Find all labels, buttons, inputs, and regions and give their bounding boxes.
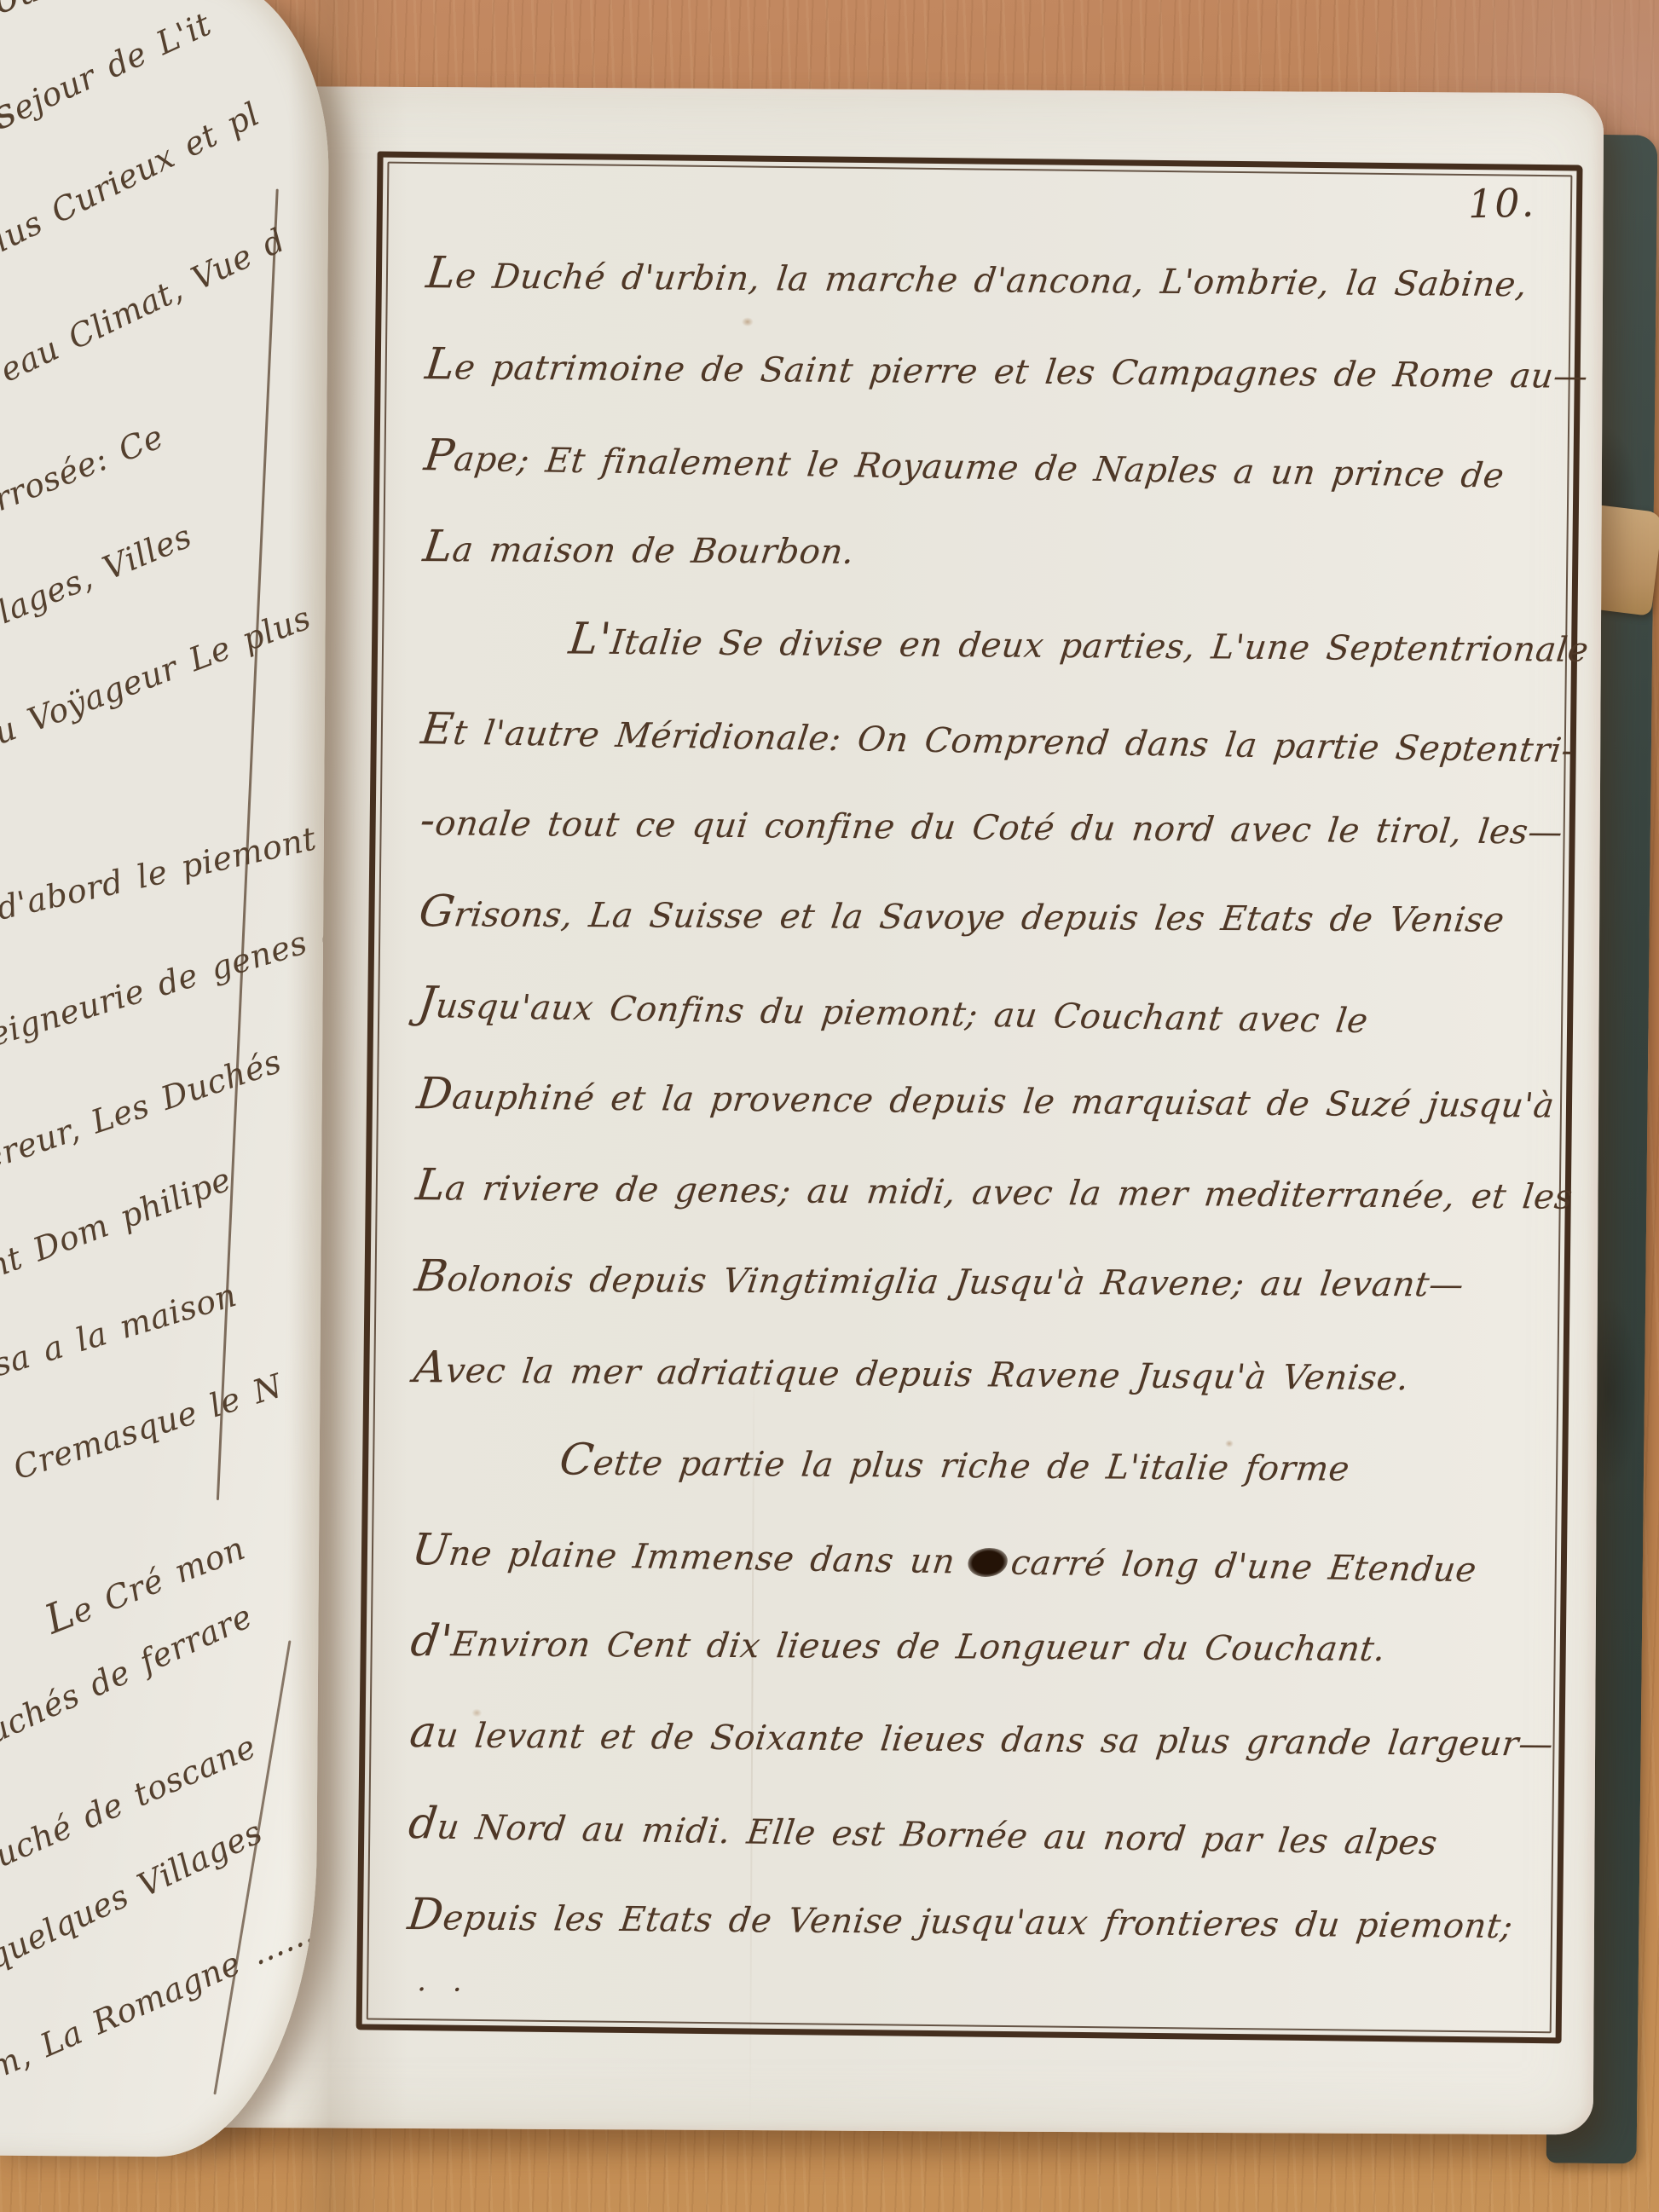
left-page-fragment: arrosée: Ce bbox=[0, 411, 170, 529]
manuscript-line: Bolonois depuis Vingtimiglia Jusqu'à Rav… bbox=[409, 1234, 1566, 1331]
left-page-fragment: du Voÿageur Le plus bbox=[0, 592, 316, 764]
manuscript-photo: 10. Le Duché d'urbin, la marche d'ancona… bbox=[0, 0, 1659, 2212]
manuscript-line: au levant et de Soixante lieues dans sa … bbox=[404, 1690, 1559, 1790]
left-page-frame-line bbox=[213, 1640, 291, 2094]
left-page-fragment: Seigneurie de genes a l bbox=[0, 899, 330, 1064]
right-page: 10. Le Duché d'urbin, la marche d'ancona… bbox=[187, 86, 1604, 2135]
end-marks: . . bbox=[407, 1964, 1552, 2031]
left-page-fragment: assa a la maison bbox=[0, 1269, 241, 1398]
manuscript-line: Dauphiné et la provence depuis le marqui… bbox=[412, 1052, 1567, 1152]
page-frame: 10. Le Duché d'urbin, la marche d'ancona… bbox=[356, 152, 1583, 2044]
manuscript-line: La riviere de genes; au midi, avec la me… bbox=[411, 1143, 1566, 1243]
left-page-fragment: ant Dom philipe bbox=[0, 1154, 237, 1297]
manuscript-line: d'Environ Cent dix lieues de Longueur du… bbox=[405, 1599, 1562, 1696]
left-page-fragment: le Cremasque le N bbox=[0, 1360, 287, 1505]
left-page-fragment: e d'abord le piemont bbox=[0, 813, 321, 939]
text-block: Le Duché d'urbin, la marche d'ancona, L'… bbox=[407, 231, 1571, 2031]
manuscript-line: Grisons, La Suisse et la Savoye depuis l… bbox=[413, 869, 1570, 967]
manuscript-line: L'Italie Se divise en deux parties, L'un… bbox=[417, 596, 1572, 696]
manuscript-line: Le Duché d'urbin, la marche d'ancona, L'… bbox=[421, 231, 1576, 331]
page-number: 10. bbox=[1467, 180, 1535, 228]
manuscript-line: -onale tout ce qui confine du Coté du no… bbox=[415, 778, 1570, 878]
left-page-fragment: beau Climat, Vue d bbox=[0, 215, 292, 403]
ink-blot bbox=[967, 1548, 1009, 1578]
manuscript-line: Avec la mer adriatique depuis Ravene Jus… bbox=[408, 1325, 1564, 1425]
left-page-fragment: villages, Villes bbox=[0, 511, 198, 650]
manuscript-line: Depuis les Etats de Venise jusqu'aux fro… bbox=[402, 1873, 1558, 1972]
left-page: ou moins Esp sejour de L'it plus Curieux… bbox=[0, 0, 330, 2157]
manuscript-line: Cette partie la plus riche de L'italie f… bbox=[408, 1417, 1563, 1516]
manuscript-line: Le patrimoine de Saint pierre et les Cam… bbox=[420, 322, 1575, 422]
left-page-fragment: pereur, Les Duchés bbox=[0, 1036, 286, 1188]
manuscript-line: La maison de Bourbon. bbox=[417, 505, 1574, 602]
